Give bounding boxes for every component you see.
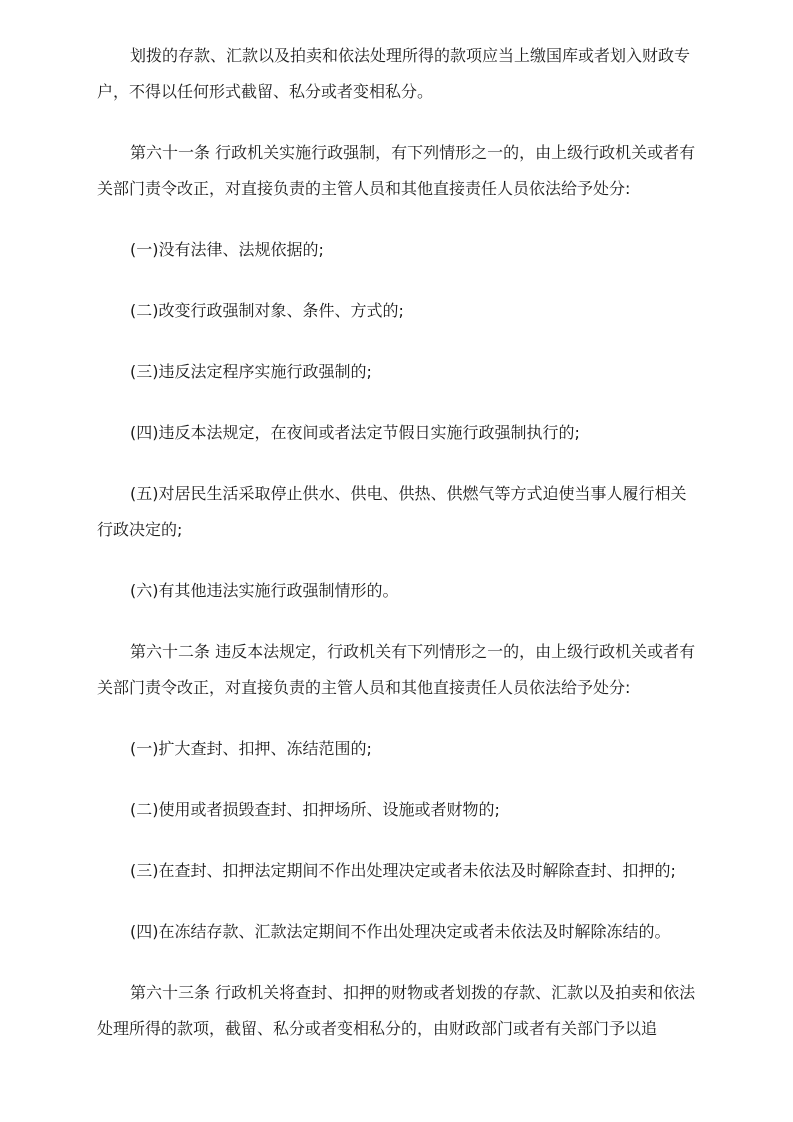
article-61-item-2: (二)改变行政强制对象、条件、方式的;	[97, 293, 697, 329]
article-62-item-1: (一)扩大查封、扣押、冻结范围的;	[97, 731, 697, 767]
article-62-item-4: (四)在冻结存款、汇款法定期间不作出处理决定或者未依法及时解除冻结的。	[97, 914, 697, 950]
article-62-item-2: (二)使用或者损毁查封、扣押场所、设施或者财物的;	[97, 792, 697, 828]
article-61-item-6: (六)有其他违法实施行政强制情形的。	[97, 573, 697, 609]
article-63: 第六十三条 行政机关将查封、扣押的财物或者划拨的存款、汇款以及拍卖和依法处理所得…	[97, 975, 697, 1047]
article-61-item-3: (三)违反法定程序实施行政强制的;	[97, 354, 697, 390]
article-62: 第六十二条 违反本法规定，行政机关有下列情形之一的，由上级行政机关或者有关部门责…	[97, 634, 697, 706]
paragraph-fund-handling: 划拨的存款、汇款以及拍卖和依法处理所得的款项应当上缴国库或者划入财政专户，不得以…	[97, 38, 697, 110]
article-61-item-4: (四)违反本法规定，在夜间或者法定节假日实施行政强制执行的;	[97, 415, 697, 451]
document-page: 划拨的存款、汇款以及拍卖和依法处理所得的款项应当上缴国库或者划入财政专户，不得以…	[97, 38, 697, 1047]
article-61-item-5: (五)对居民生活采取停止供水、供电、供热、供燃气等方式迫使当事人履行相关行政决定…	[97, 476, 697, 548]
article-62-item-3: (三)在查封、扣押法定期间不作出处理决定或者未依法及时解除查封、扣押的;	[97, 853, 697, 889]
article-61-item-1: (一)没有法律、法规依据的;	[97, 232, 697, 268]
article-61: 第六十一条 行政机关实施行政强制，有下列情形之一的，由上级行政机关或者有关部门责…	[97, 135, 697, 207]
